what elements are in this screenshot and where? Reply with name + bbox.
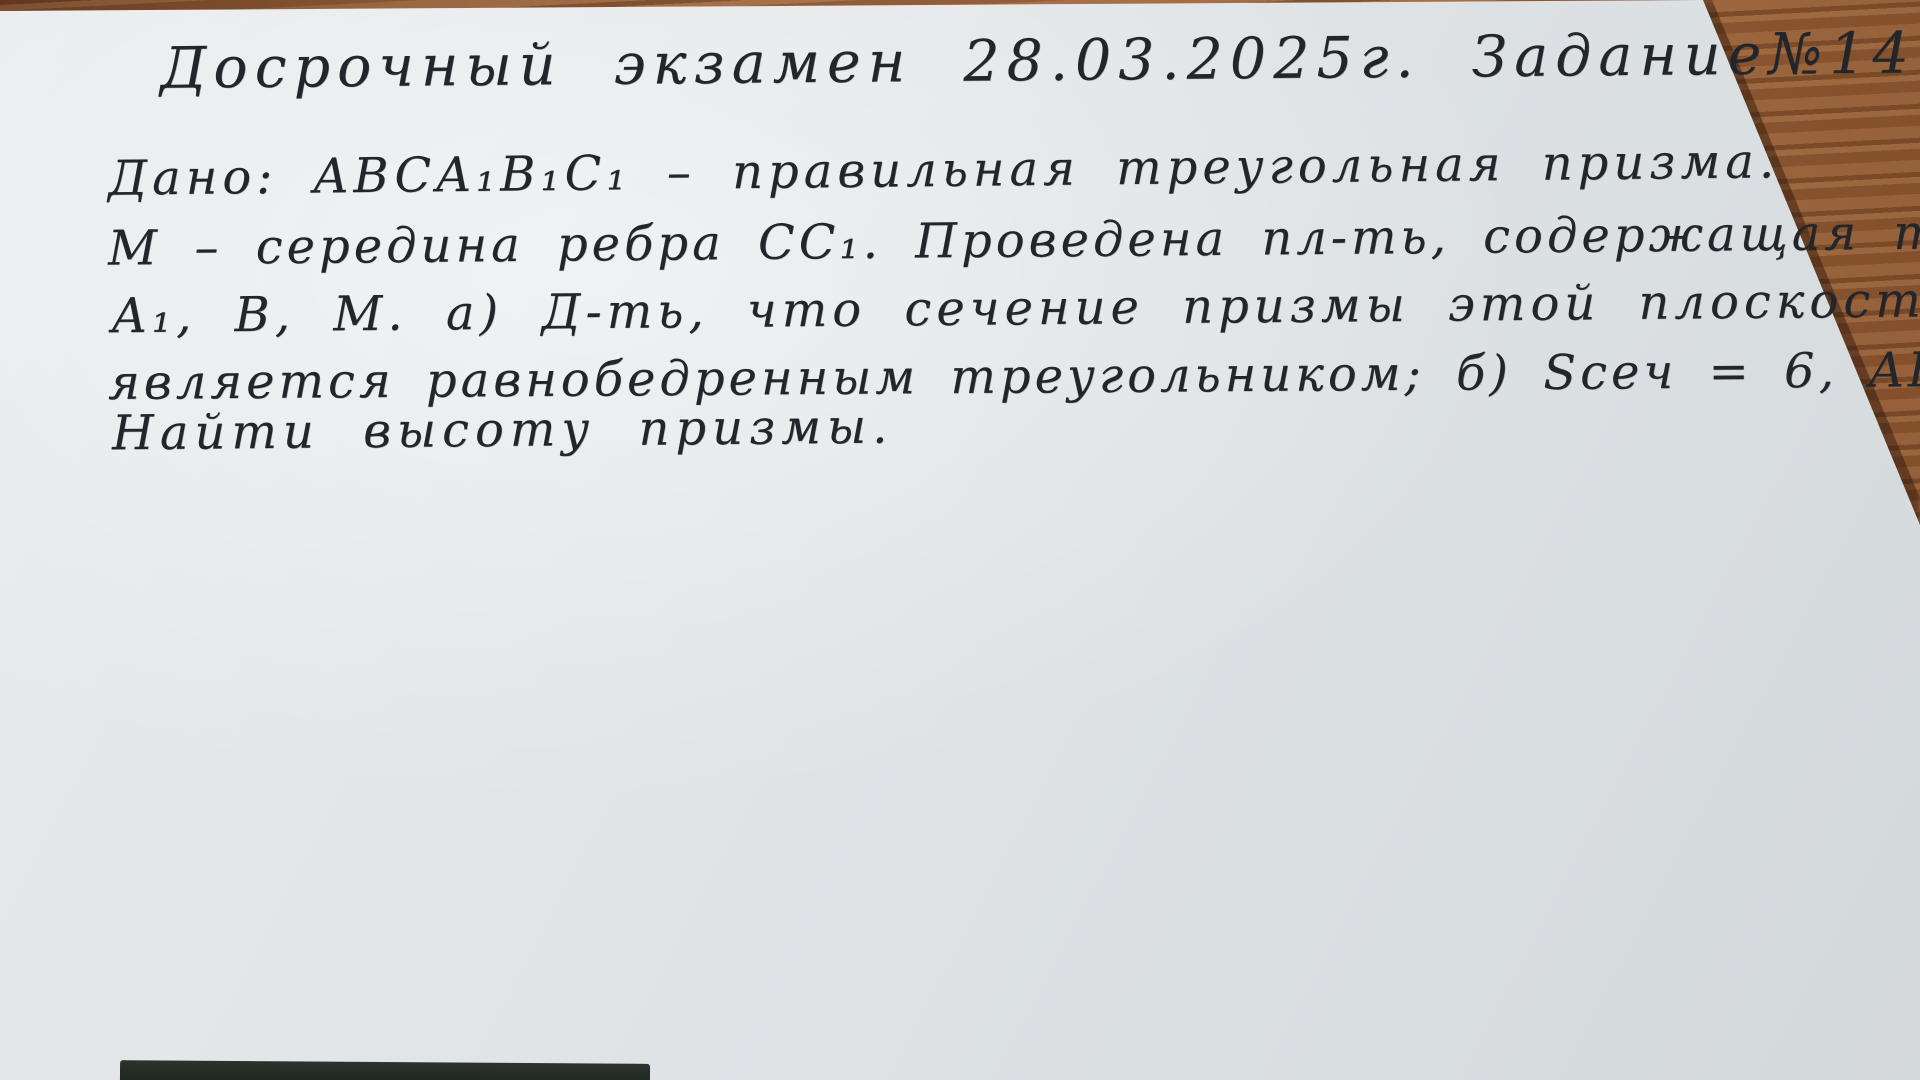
- table-edge-strip: [120, 1060, 650, 1080]
- handwritten-line-find-height: Найти высоту призмы.: [112, 399, 894, 462]
- photo-of-handwritten-note: Досрочный экзамен 28.03.2025г. Задание№1…: [0, 0, 1920, 1080]
